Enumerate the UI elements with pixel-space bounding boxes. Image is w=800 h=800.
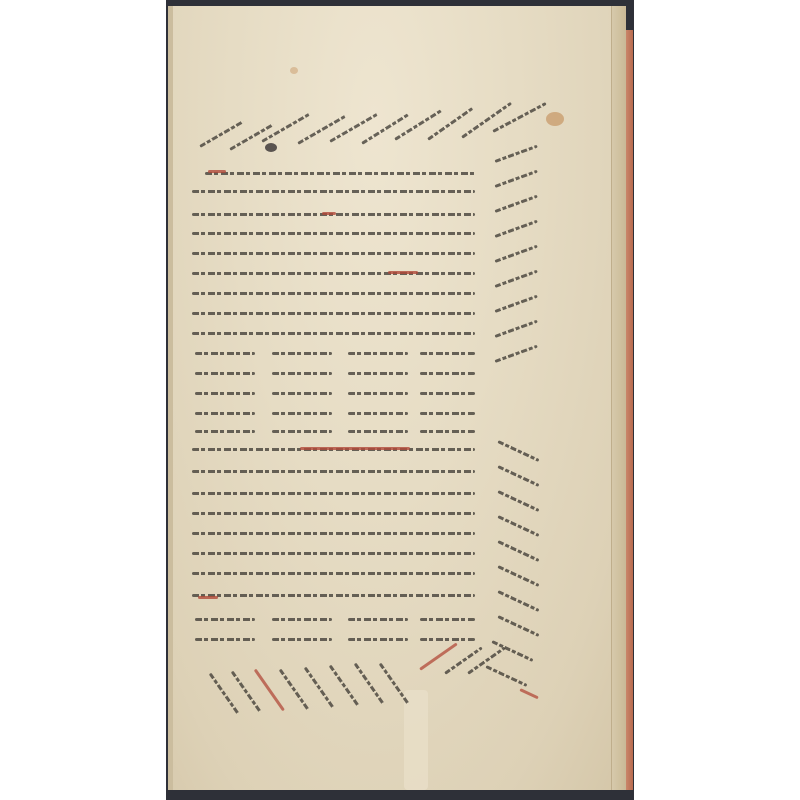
document-type: scanned manuscript folio bbox=[0, 0, 1, 1]
page-fore-edge bbox=[611, 6, 626, 790]
page-gutter bbox=[168, 6, 173, 790]
ink-blot bbox=[265, 143, 277, 152]
foxing-stain bbox=[546, 112, 564, 126]
document-script: Persian (Nasta'liq), handwritten bbox=[0, 0, 1, 1]
page-edge-red bbox=[626, 30, 633, 790]
foxing-stain bbox=[290, 67, 298, 74]
